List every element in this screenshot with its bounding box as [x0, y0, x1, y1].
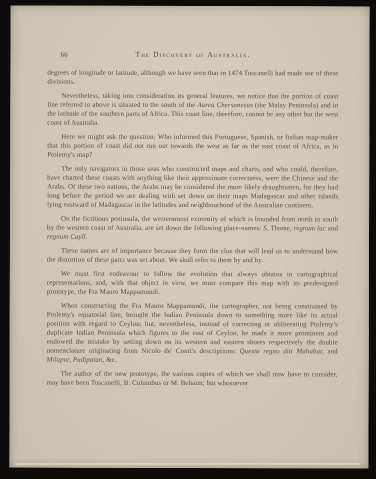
text-run: We must first endeavour to follow the ev… — [47, 271, 338, 296]
paragraph: Nevertheless, taking into consideration … — [47, 92, 338, 129]
text-run: When constructing the Fra Mauro Mappamun… — [47, 303, 338, 355]
italic-text-run: S. Thome, regnum lac — [263, 225, 326, 232]
page-bottom-edge — [14, 463, 359, 465]
text-run: . — [86, 234, 88, 241]
paragraph: The author of the new prototype, the var… — [47, 370, 338, 389]
paragraph: degrees of longitude or latitude, althou… — [47, 69, 338, 88]
page-body: degrees of longitude or latitude, althou… — [47, 69, 339, 389]
text-run: These names are of importance because th… — [47, 248, 338, 265]
text-run: Here we might ask the question: Who info… — [47, 134, 338, 159]
text-run: degrees of longitude or latitude, althou… — [47, 70, 338, 86]
text-run: &c. — [104, 357, 116, 364]
paragraph: Here we might ask the question: Who info… — [47, 133, 338, 161]
paragraph: These names are of importance because th… — [47, 247, 338, 266]
italic-text-run: regnum Cayll — [47, 234, 86, 241]
text-run: The author of the new prototype, the var… — [47, 371, 338, 387]
page-number: 66 — [60, 51, 68, 59]
italic-text-run: Questo regno ditt Mahabar, — [240, 348, 324, 355]
paragraph: We must first endeavour to follow the ev… — [47, 270, 338, 298]
paragraph: When constructing the Fra Mauro Mappamun… — [47, 302, 338, 366]
photo-frame: 66 The Discovery of Australia. degrees o… — [0, 0, 376, 479]
text-run: and — [324, 348, 338, 355]
italic-text-run: Aurea Chersonesus — [197, 102, 253, 109]
page-header: 66 The Discovery of Australia. — [47, 50, 338, 62]
text-run: The only navigators in those seas who co… — [47, 166, 338, 210]
italic-text-run: Milapur, Pudipatan, — [47, 357, 105, 364]
text-run: and — [326, 225, 338, 232]
paragraph: The only navigators in those seas who co… — [47, 165, 338, 211]
running-title: The Discovery of Australia. — [47, 50, 338, 60]
paragraph: On the fictitious peninsula, the western… — [47, 215, 338, 243]
book-page: 66 The Discovery of Australia. degrees o… — [9, 6, 369, 469]
